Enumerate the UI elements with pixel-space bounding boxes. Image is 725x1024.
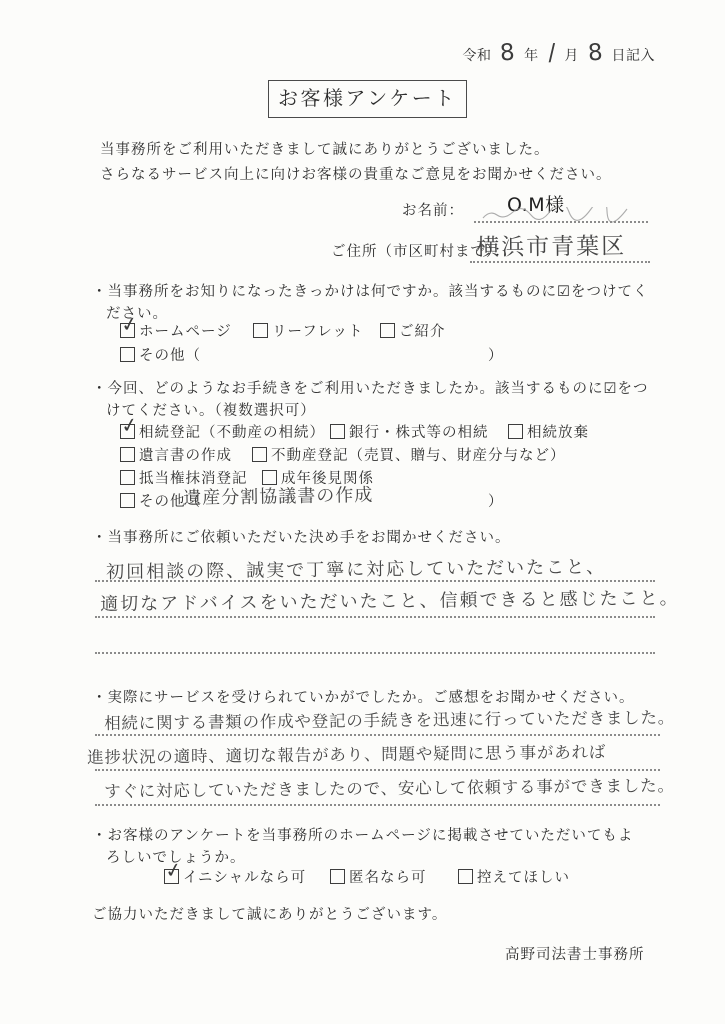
name-label: お名前： [402,200,464,222]
q4-write-line-3 [95,804,660,806]
q1-other-close-paren: ） [488,345,504,367]
name-write-line [474,221,648,223]
checkbox-icon [120,470,135,485]
q5-option-initials-ok-label: イニシャルなら可 [183,870,306,886]
date-month-handwritten: / [547,44,556,62]
q1-prompt-line-1: ・当事務所をお知りになったきっかけは何ですか。該当するものに☑をつけてく [92,281,649,303]
q5-option-refrain-label: 控えてほしい [477,870,570,886]
q2-other-value-handwritten: 遺産分割協議書の作成 [183,481,373,510]
checkbox-icon [252,447,267,462]
q4-answer-line-2: 進捗状況の適時、適切な報告があり、問題や疑問に思う事があれば [87,739,606,768]
q5-prompt-line-1: ・お客様のアンケートを当事務所のホームページに掲載させていただいてもよ [92,825,633,847]
q1-option-referral-label: ご紹介 [399,324,446,340]
q5-option-initials-ok[interactable]: ✓イニシャルなら可 [164,867,306,889]
q4-answer-line-1: 相続に関する書類の作成や登記の手続きを迅速に行っていただきました。 [104,704,675,734]
q2-option-renunciation[interactable]: 相続放棄 [508,422,589,444]
intro-line-1: 当事務所をご利用いただきまして誠にありがとうございました。 [100,139,550,161]
checkbox-icon [120,347,135,362]
q4-write-line-2 [95,769,660,771]
q5-option-anonymous-ok-label: 匿名なら可 [349,870,427,886]
page-title: お客様アンケート [268,80,467,118]
date-year-handwritten: 8 [500,44,516,63]
checkbox-icon: ✓ [120,323,135,338]
q1-option-leaflet-label: リーフレット [272,324,364,340]
q3-write-line-2 [95,616,655,618]
checkbox-icon: ✓ [164,869,179,884]
q1-option-homepage-label: ホームページ [139,324,232,340]
date-era-label: 令和 [462,49,491,64]
check-mark-icon: ✓ [163,859,184,882]
check-mark-icon: ✓ [119,414,140,437]
q2-option-realestate-registration[interactable]: 不動産登記（売買、贈与、財産分与など） [252,445,566,467]
q2-other-close-paren: ） [488,491,504,513]
checkbox-icon [380,323,395,338]
q1-option-leaflet[interactable]: リーフレット [253,321,364,343]
date-day-unit: 日記入 [612,49,656,64]
q3-answer-line-2: 適切なアドバイスをいただいたこと、信頼できると感じたこと。 [100,584,680,616]
intro-line-2: さらなるサービス向上に向けお客様の貴重なご意見をお聞かせください。 [100,164,612,186]
checkbox-icon: ✓ [120,424,135,439]
office-name: 高野司法書士事務所 [505,944,645,966]
q4-answer-line-3: すぐに対応していただきましたので、安心して依頼する事ができました。 [104,772,675,802]
checkbox-icon [253,323,268,338]
q2-option-bank-stock[interactable]: 銀行・株式等の相続 [330,422,489,444]
q2-option-inheritance-registration-label: 相続登記（不動産の相続） [139,425,325,441]
q2-option-inheritance-registration[interactable]: ✓相続登記（不動産の相続） [120,422,325,444]
q5-option-anonymous-ok[interactable]: 匿名なら可 [330,867,427,889]
address-value-handwritten: 横浜市青葉区 [476,227,626,262]
closing-thanks: ご協力いただきまして誠にありがとうございます。 [92,904,447,926]
address-write-line [470,261,650,263]
checkbox-icon [458,869,473,884]
scanned-survey-page: 令和 8 年 / 月 8 日記入 お客様アンケート 当事務所をご利用いただきまし… [0,0,725,1024]
checkbox-icon [120,493,135,508]
checkbox-icon [330,869,345,884]
date-day-handwritten: 8 [587,44,603,63]
q5-option-refrain[interactable]: 控えてほしい [458,867,570,889]
q2-option-realestate-registration-label: 不動産登記（売買、贈与、財産分与など） [271,448,566,464]
q1-option-referral[interactable]: ご紹介 [380,321,446,343]
q3-write-line-1 [95,580,655,582]
q1-option-other[interactable]: その他（ [120,345,201,367]
fill-in-date: 令和 8 年 / 月 8 日記入 [462,44,655,65]
date-year-unit: 年 [524,49,539,64]
q2-option-bank-stock-label: 銀行・株式等の相続 [349,425,489,441]
q3-write-line-3 [95,652,655,654]
q4-write-line-1 [95,734,660,736]
checkbox-icon [508,424,523,439]
q1-option-homepage[interactable]: ✓ホームページ [120,321,232,343]
checkbox-icon [330,424,345,439]
q2-option-will-drafting[interactable]: 遺言書の作成 [120,445,232,467]
date-month-unit: 月 [564,49,579,64]
q2-prompt-line-1: ・今回、どのようなお手続きをご利用いただきましたか。該当するものに☑をつ [92,378,649,400]
q1-other-label: その他（ [139,348,201,364]
q2-option-will-drafting-label: 遺言書の作成 [139,448,232,464]
check-mark-icon: ✓ [119,313,140,336]
q3-prompt: ・当事務所にご依頼いただいた決め手をお聞かせください。 [92,527,511,549]
q2-option-renunciation-label: 相続放棄 [527,425,589,441]
checkbox-icon [120,447,135,462]
